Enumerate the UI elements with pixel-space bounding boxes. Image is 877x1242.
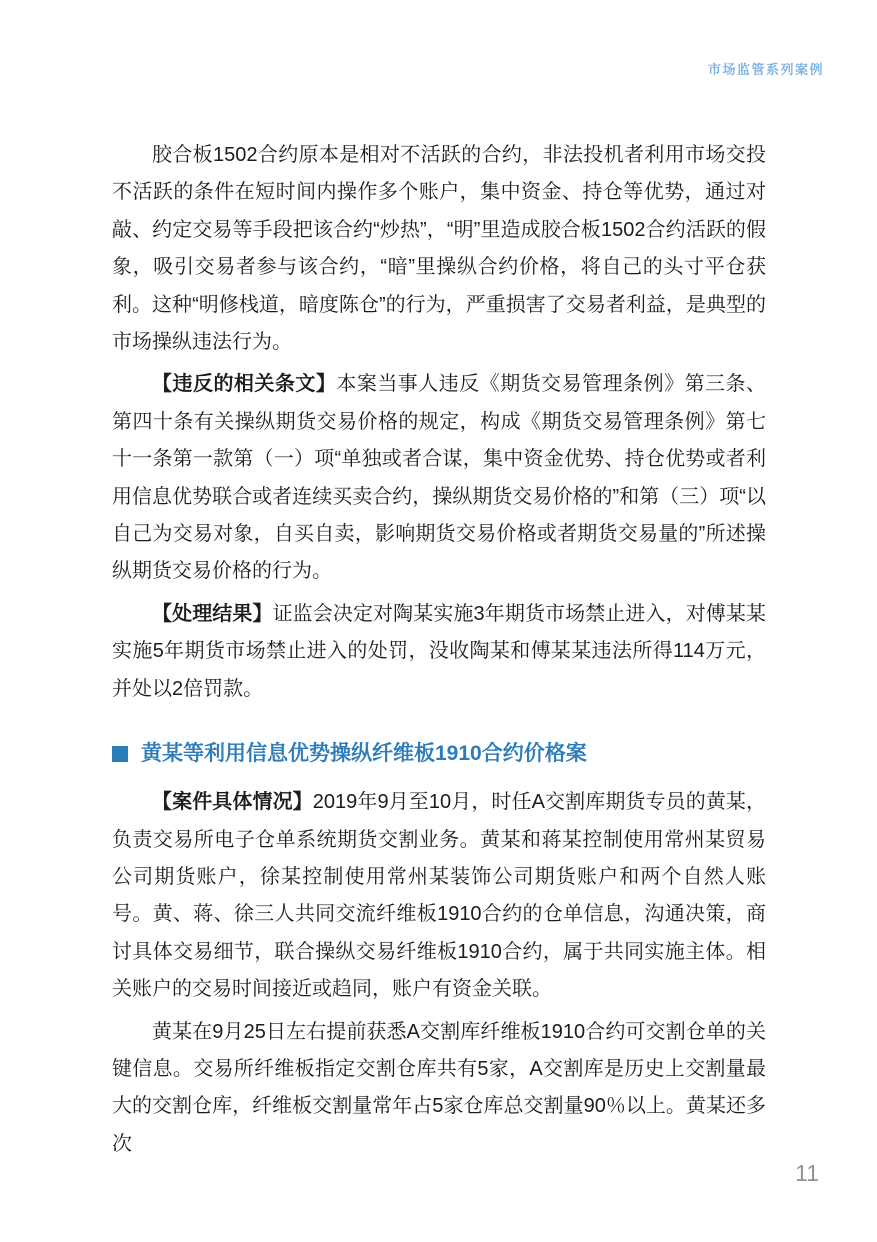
- paragraph-label-case-details: 【案件具体情况】: [152, 791, 313, 813]
- page-number: 11: [795, 1160, 819, 1187]
- paragraph-penalty-result: 【处理结果】证监会决定对陶某实施3年期货市场禁止进入，对傅某某实施5年期货市场禁…: [112, 596, 766, 708]
- paragraph-case-details: 【案件具体情况】2019年9月至10月，时任A交割库期货专员的黄某，负责交易所电…: [112, 784, 766, 1008]
- square-bullet-icon: [112, 746, 128, 762]
- paragraph-text-violated-provisions: 本案当事人违反《期货交易管理条例》第三条、第四十条有关操纵期货交易价格的规定，构…: [112, 373, 766, 582]
- paragraph-violated-provisions: 【违反的相关条文】本案当事人违反《期货交易管理条例》第三条、第四十条有关操纵期货…: [112, 366, 766, 590]
- page-content: 胶合板1502合约原本是相对不活跃的合约，非法投机者利用市场交投不活跃的条件在短…: [112, 137, 766, 1168]
- paragraph-label-penalty-result: 【处理结果】: [152, 603, 273, 625]
- document-page: 市场监管系列案例 胶合板1502合约原本是相对不活跃的合约，非法投机者利用市场交…: [0, 0, 877, 1242]
- section-heading: 黄某等利用信息优势操纵纤维板1910合约价格案: [112, 739, 766, 769]
- paragraph-plywood-case-analysis: 胶合板1502合约原本是相对不活跃的合约，非法投机者利用市场交投不活跃的条件在短…: [112, 137, 766, 361]
- paragraph-label-violated-provisions: 【违反的相关条文】: [152, 373, 336, 395]
- paragraph-text-case-details: 2019年9月至10月，时任A交割库期货专员的黄某，负责交易所电子仓单系统期货交…: [112, 791, 766, 1000]
- paragraph-huang-insider-info: 黄某在9月25日左右提前获悉A交割库纤维板1910合约可交割仓单的关键信息。交易…: [112, 1014, 766, 1164]
- section-heading-text: 黄某等利用信息优势操纵纤维板1910合约价格案: [141, 739, 587, 769]
- page-header-series-title: 市场监管系列案例: [708, 59, 824, 78]
